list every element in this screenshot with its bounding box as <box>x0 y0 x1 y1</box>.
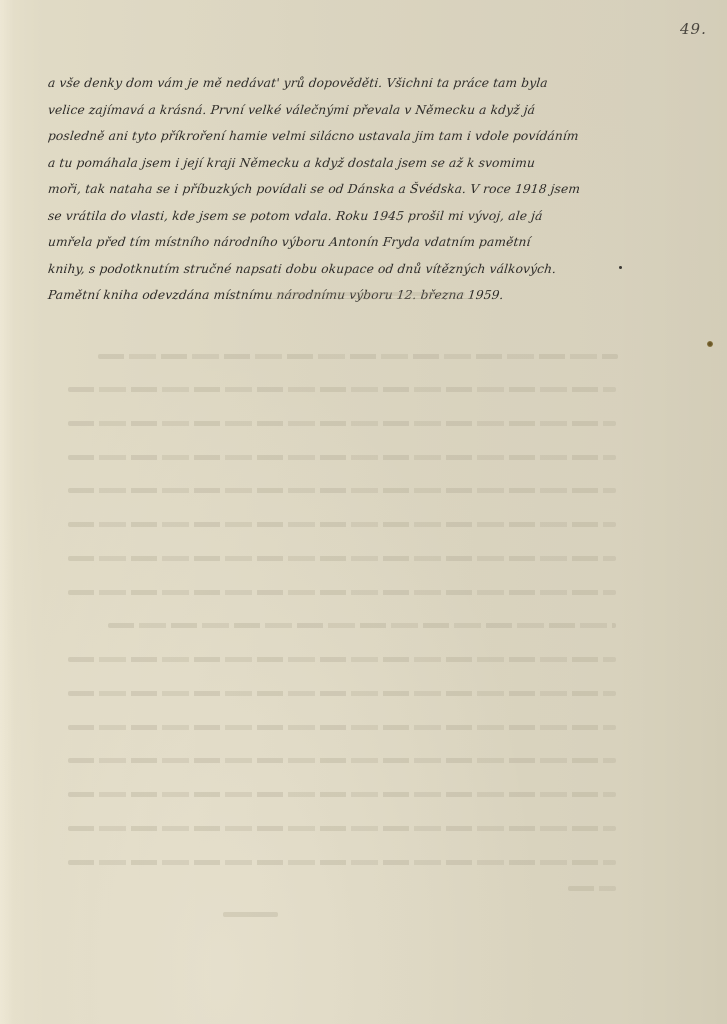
handwritten-line-6: se vrátila do vlasti, kde jsem se potom … <box>47 203 650 230</box>
bleed-through-line <box>68 387 616 392</box>
bleed-through-line <box>68 590 616 595</box>
bleed-through-line <box>68 792 616 797</box>
bleed-through-line <box>568 886 616 891</box>
handwritten-line-5: moři, tak nataha se i příbuzkých povídal… <box>47 176 650 203</box>
chronicle-page: 49. a vše denky dom vám je mě nedávat' y… <box>0 0 727 1024</box>
bleed-through-line <box>68 691 616 696</box>
handwritten-line-7: umřela před tím místního národního výbor… <box>47 229 650 256</box>
bleed-through-line <box>68 860 616 865</box>
handwritten-line-3: posledně ani tyto příkroření hamie velmi… <box>47 123 650 150</box>
stray-ink-dot <box>619 266 622 269</box>
bleed-through-line <box>68 421 616 426</box>
reverse-side-bleed-through <box>68 290 628 930</box>
handwritten-text-block: a vše denky dom vám je mě nedávat' yrů d… <box>48 70 648 309</box>
bleed-through-line <box>108 623 616 628</box>
handwritten-line-9: Pamětní kniha odevzdána místnímu národní… <box>47 282 650 309</box>
bleed-through-line <box>98 354 618 359</box>
handwritten-line-8: knihy, s podotknutím stručné napsati dob… <box>47 256 650 283</box>
handwritten-line-1: a vše denky dom vám je mě nedávat' yrů d… <box>47 70 650 97</box>
bleed-through-line <box>68 556 616 561</box>
bleed-through-line <box>68 657 616 662</box>
bleed-through-line <box>68 488 616 493</box>
bleed-through-line <box>68 758 616 763</box>
bleed-through-line <box>68 826 616 831</box>
paper-stain-spot <box>707 341 713 347</box>
bleed-through-line <box>68 725 616 730</box>
bleed-through-line <box>68 455 616 460</box>
handwritten-line-2: velice zajímavá a krásná. První velké vá… <box>47 97 650 124</box>
bleed-through-signature <box>223 912 278 917</box>
page-number: 49. <box>680 20 707 38</box>
handwritten-line-4: a tu pomáhala jsem i její kraji Německu … <box>47 150 650 177</box>
bleed-through-line <box>68 522 616 527</box>
